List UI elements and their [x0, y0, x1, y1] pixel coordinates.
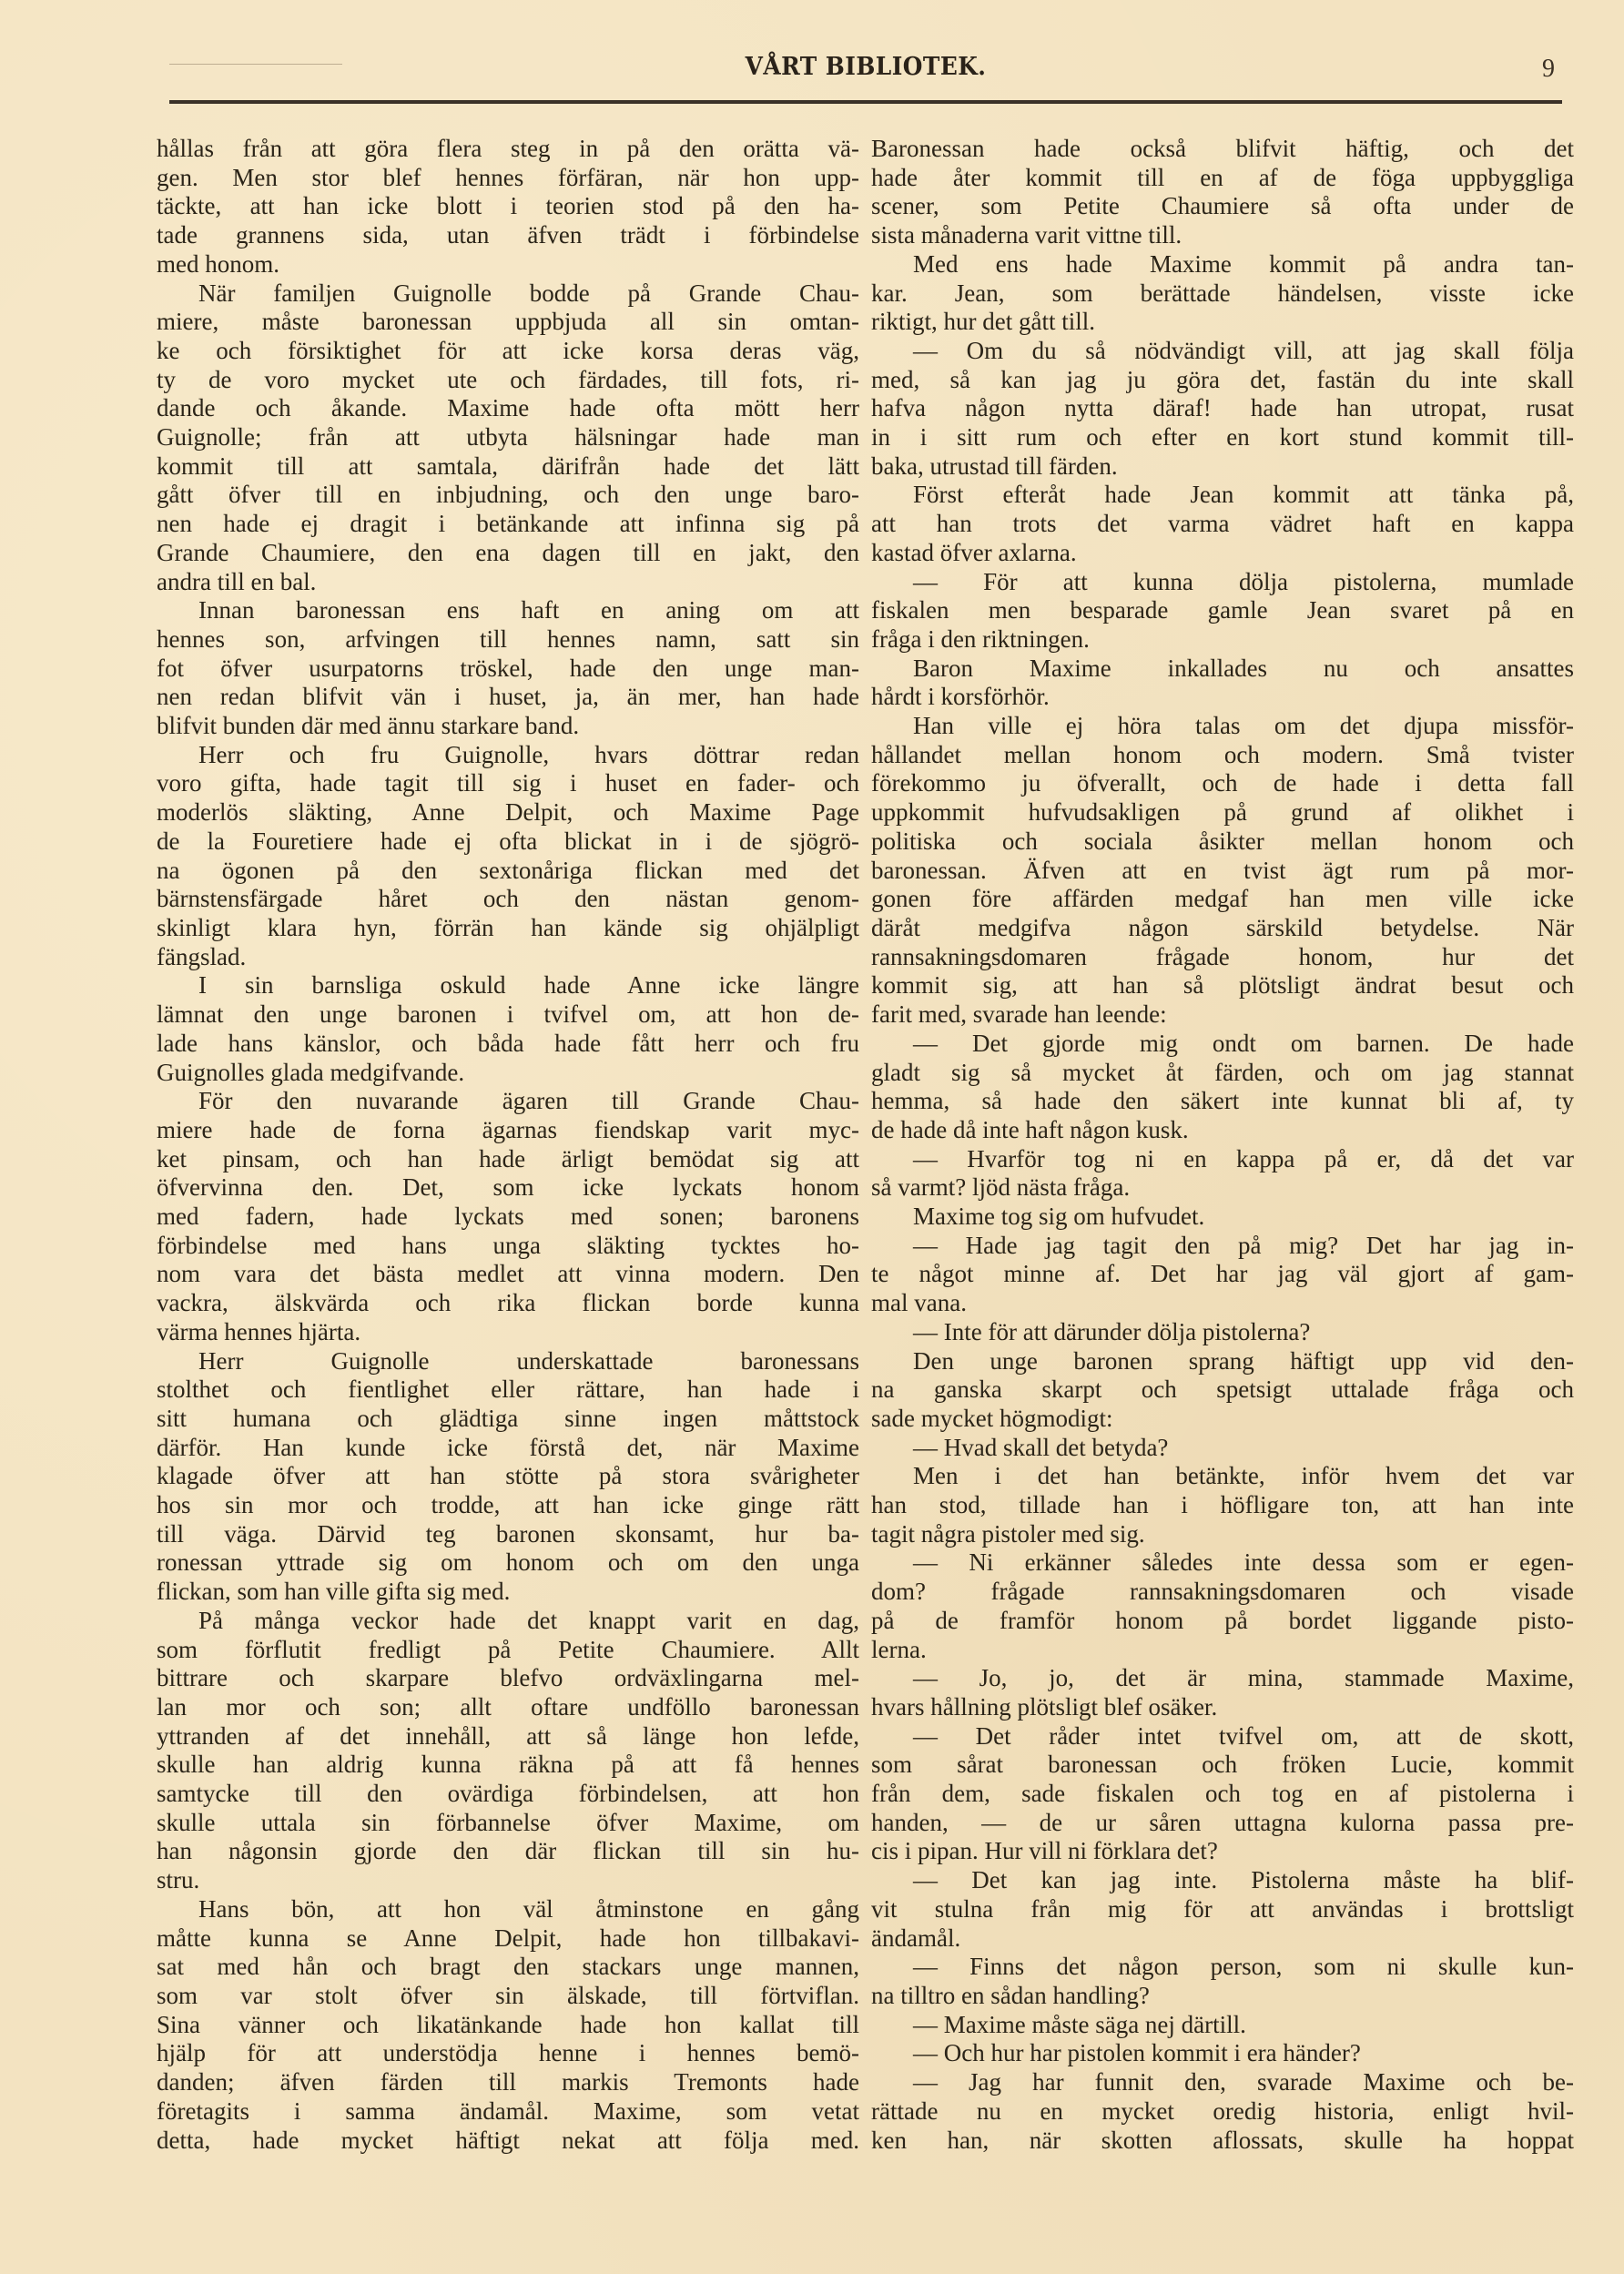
text-line: med fadern, hade lyckats med sonen; baro… [157, 1203, 859, 1232]
text-line: som förflutit fredligt på Petite Chaumie… [157, 1636, 859, 1665]
text-line: fiskalen men besparade gamle Jean svaret… [871, 596, 1574, 625]
text-line: från dem, sade fiskalen och tog en af pi… [871, 1780, 1574, 1809]
text-line: politiska och sociala åsikter mellan hon… [871, 827, 1574, 857]
text-line: baronessan. Äfven att en tvist ägt rum p… [871, 857, 1574, 886]
text-line: sista månaderna varit vittne till. [871, 221, 1574, 250]
text-line: miere, måste baronessan uppbjuda all sin… [157, 308, 859, 337]
text-line: — Hvad skall det betyda? [871, 1434, 1574, 1463]
text-line: nom vara det bästa medlet att vinna mode… [157, 1260, 859, 1289]
text-line: vackra, älskvärda och rika flickan borde… [157, 1289, 859, 1318]
text-line: skinligt klara hyn, förrän han kände sig… [157, 914, 859, 943]
text-line: I sin barnsliga oskuld hade Anne icke lä… [157, 971, 859, 1000]
text-line: Herr Guignolle underskattade baronessans [157, 1347, 859, 1376]
text-line: — För att kunna dölja pistolerna, mumlad… [871, 568, 1574, 597]
text-line: — Inte för att därunder dölja pistolerna… [871, 1318, 1574, 1347]
text-line: andra till en bal. [157, 568, 859, 597]
text-line: gen. Men stor blef hennes förfäran, när … [157, 164, 859, 193]
text-line: — Finns det någon person, som ni skulle … [871, 1953, 1574, 1982]
text-line: med honom. [157, 250, 859, 279]
right-column: Baronessan hade också blifvit häftig, oc… [871, 135, 1574, 2155]
text-line: kommit sig, att han så plötsligt ändrat … [871, 971, 1574, 1000]
left-column: hållas från att göra flera steg in på de… [157, 135, 859, 2155]
text-line: däråt medgifva någon särskild betydelse.… [871, 914, 1574, 943]
text-line: voro gifta, hade tagit till sig i huset … [157, 769, 859, 798]
text-line: gått öfver till en inbjudning, och den u… [157, 481, 859, 510]
text-line: stolthet och fientlighet eller rättare, … [157, 1376, 859, 1405]
text-line: hafva någon nytta däraf! hade han utropa… [871, 394, 1574, 423]
text-line: dande och åkande. Maxime hade ofta mött … [157, 394, 859, 423]
text-line: sitt humana och glädtiga sinne ingen måt… [157, 1405, 859, 1434]
text-line: ken han, när skotten aflossats, skulle h… [871, 2127, 1574, 2156]
header-rule [169, 100, 1562, 104]
text-line: måtte kunna se Anne Delpit, hade hon til… [157, 1924, 859, 1954]
text-line: bittrare och skarpare blefvo ordväxlinga… [157, 1664, 859, 1693]
text-line: Baron Maxime inkallades nu och ansattes [871, 655, 1574, 684]
text-line: med, så kan jag ju göra det, fastän du i… [871, 366, 1574, 395]
text-line: Hans bön, att hon väl åtminstone en gång [157, 1895, 859, 1924]
text-line: Guignolle; från att utbyta hälsningar ha… [157, 423, 859, 452]
text-line: riktigt, hur det gått till. [871, 308, 1574, 337]
text-line: så varmt? ljöd nästa fråga. [871, 1173, 1574, 1203]
magazine-page: VÅRT BIBLIOTEK. 9 hållas från att göra f… [0, 0, 1624, 2274]
text-line: sade mycket högmodigt: [871, 1405, 1574, 1434]
text-line: handen, — de ur såren uttagna kulorna pa… [871, 1809, 1574, 1838]
text-line: ändamål. [871, 1924, 1574, 1954]
text-line: hade åter kommit till en af de föga uppb… [871, 164, 1574, 193]
text-line: skulle han aldrig kunna räkna på att få … [157, 1751, 859, 1780]
page-number: 9 [1542, 55, 1555, 84]
text-line: vit stulna från mig för att användas i b… [871, 1895, 1574, 1924]
text-line: hemma, så hade den säkert inte kunnat bl… [871, 1087, 1574, 1116]
text-line: — Det gjorde mig ondt om barnen. De hade [871, 1030, 1574, 1059]
text-line: hållas från att göra flera steg in på de… [157, 135, 859, 164]
text-line: ty de voro mycket ute och färdades, till… [157, 366, 859, 395]
text-line: rättade nu en mycket oredig historia, en… [871, 2097, 1574, 2127]
text-line: hos sin mor och trodde, att han icke gin… [157, 1491, 859, 1520]
text-line: Men i det han betänkte, inför hvem det v… [871, 1462, 1574, 1491]
text-line: till väga. Därvid teg baronen skonsamt, … [157, 1520, 859, 1549]
text-line: Den unge baronen sprang häftigt upp vid … [871, 1347, 1574, 1376]
text-line: samtycke till den ovärdiga förbindelsen,… [157, 1780, 859, 1809]
running-header: VÅRT BIBLIOTEK. 9 [169, 47, 1562, 95]
text-line: blifvit bunden där med ännu starkare ban… [157, 712, 859, 741]
text-line: kastad öfver axlarna. [871, 539, 1574, 568]
text-line: företagits i samma ändamål. Maxime, som … [157, 2097, 859, 2127]
text-line: na ganska skarpt och spetsigt uttalade f… [871, 1376, 1574, 1405]
text-line: hjälp för att understödja henne i hennes… [157, 2039, 859, 2068]
text-line: Maxime tog sig om hufvudet. [871, 1203, 1574, 1232]
text-line: yttranden af det innehåll, att så länge … [157, 1722, 859, 1751]
text-line: ket pinsam, och han hade ärligt bemödat … [157, 1145, 859, 1174]
text-line: på de framför honom på bordet liggande p… [871, 1607, 1574, 1636]
text-line: täckte, att han icke blott i teorien sto… [157, 192, 859, 221]
text-line: fråga i den riktningen. [871, 625, 1574, 655]
text-line: På många veckor hade det knappt varit en… [157, 1607, 859, 1636]
text-line: — Om du så nödvändigt vill, att jag skal… [871, 337, 1574, 366]
text-line: — Maxime måste säga nej därtill. [871, 2011, 1574, 2040]
text-line: — Hade jag tagit den på mig? Det har jag… [871, 1232, 1574, 1261]
text-line: Grande Chaumiere, den ena dagen till en … [157, 539, 859, 568]
text-line: na ögonen på den sextonåriga flickan med… [157, 857, 859, 886]
text-line: hennes son, arfvingen till hennes namn, … [157, 625, 859, 655]
text-line: bärnstensfärgade håret och den nästan ge… [157, 885, 859, 914]
text-line: han någonsin gjorde den där flickan till… [157, 1837, 859, 1866]
text-line: gonen före affärden medgaf han men ville… [871, 885, 1574, 914]
text-line: danden; äfven färden till markis Tremont… [157, 2068, 859, 2097]
text-line: lerna. [871, 1636, 1574, 1665]
text-line: lan mor och son; allt oftare undföllo ba… [157, 1693, 859, 1722]
text-line: därför. Han kunde icke förstå det, när M… [157, 1434, 859, 1463]
text-line: farit med, svarade han leende: [871, 1000, 1574, 1030]
text-line: detta, hade mycket häftigt nekat att föl… [157, 2127, 859, 2156]
text-line: Baronessan hade också blifvit häftig, oc… [871, 135, 1574, 164]
text-line: de la Fouretiere hade ej ofta blickat in… [157, 827, 859, 857]
text-line: moderlös släkting, Anne Delpit, och Maxi… [157, 798, 859, 827]
text-line: kar. Jean, som berättade händelsen, viss… [871, 279, 1574, 309]
text-line: lade hans känslor, och båda hade fått he… [157, 1030, 859, 1059]
text-line: na tilltro en sådan handling? [871, 1982, 1574, 2011]
text-line: baka, utrustad till färden. [871, 452, 1574, 482]
text-line: uppkommit hufvudsakligen på grund af oli… [871, 798, 1574, 827]
text-line: fängslad. [157, 943, 859, 972]
text-line: de hade då inte haft någon kusk. [871, 1116, 1574, 1145]
text-line: skulle uttala sin förbannelse öfver Maxi… [157, 1809, 859, 1838]
publication-title: VÅRT BIBLIOTEK. [225, 53, 1507, 81]
text-line: För den nuvarande ägaren till Grande Cha… [157, 1087, 859, 1116]
text-line: — Och hur har pistolen kommit i era händ… [871, 2039, 1574, 2068]
text-line: in i sitt rum och efter en kort stund ko… [871, 423, 1574, 452]
text-line: nen redan blifvit vän i huset, ja, än me… [157, 683, 859, 712]
text-line: förbindelse med hans unga släkting tyckt… [157, 1232, 859, 1261]
text-line: öfvervinna den. Det, som icke lyckats ho… [157, 1173, 859, 1203]
text-line: hållandet mellan honom och modern. Små t… [871, 741, 1574, 770]
text-line: Guignolles glada medgifvande. [157, 1059, 859, 1088]
text-line: ronessan yttrade sig om honom och om den… [157, 1548, 859, 1578]
text-line: hårdt i korsförhör. [871, 683, 1574, 712]
text-line: tagit några pistoler med sig. [871, 1520, 1574, 1549]
text-line: — Det råder intet tvifvel om, att de sko… [871, 1722, 1574, 1751]
text-line: stru. [157, 1866, 859, 1895]
text-line: mal vana. [871, 1289, 1574, 1318]
text-line: hvars hållning plötsligt blef osäker. [871, 1693, 1574, 1722]
text-line: lämnat den unge baronen i tvifvel om, at… [157, 1000, 859, 1030]
text-line: gladt sig så mycket åt färden, och om ja… [871, 1059, 1574, 1088]
text-line: fot öfver usurpatorns tröskel, hade den … [157, 655, 859, 684]
text-line: klagade öfver att han stötte på stora sv… [157, 1462, 859, 1491]
text-line: Med ens hade Maxime kommit på andra tan- [871, 250, 1574, 279]
text-line: miere hade de forna ägarnas fiendskap va… [157, 1116, 859, 1145]
text-line: att han trots det varma vädret haft en k… [871, 510, 1574, 539]
text-line: — Det kan jag inte. Pistolerna måste ha … [871, 1866, 1574, 1895]
text-line: scener, som Petite Chaumiere så ofta und… [871, 192, 1574, 221]
text-line: som var stolt öfver sin älskade, till fö… [157, 1982, 859, 2011]
text-line: — Jag har funnit den, svarade Maxime och… [871, 2068, 1574, 2097]
text-line: värma hennes hjärta. [157, 1318, 859, 1347]
text-line: kommit till att samtala, därifrån hade d… [157, 452, 859, 482]
text-line: som sårat baronessan och fröken Lucie, k… [871, 1751, 1574, 1780]
text-line: tade grannens sida, utan äfven trädt i f… [157, 221, 859, 250]
text-line: — Ni erkänner således inte dessa som er … [871, 1548, 1574, 1578]
text-line: Sina vänner och likatänkande hade hon ka… [157, 2011, 859, 2040]
text-line: cis i pipan. Hur vill ni förklara det? [871, 1837, 1574, 1866]
text-line: Herr och fru Guignolle, hvars döttrar re… [157, 741, 859, 770]
text-line: Han ville ej höra talas om det djupa mis… [871, 712, 1574, 741]
text-line: — Jo, jo, det är mina, stammade Maxime, [871, 1664, 1574, 1693]
text-line: förekommo ju öfverallt, och de hade i de… [871, 769, 1574, 798]
text-line: — Hvarför tog ni en kappa på er, då det … [871, 1145, 1574, 1174]
text-line: När familjen Guignolle bodde på Grande C… [157, 279, 859, 309]
text-line: flickan, som han ville gifta sig med. [157, 1578, 859, 1607]
text-line: nen hade ej dragit i betänkande att infi… [157, 510, 859, 539]
text-line: sat med hån och bragt den stackars unge … [157, 1953, 859, 1982]
text-line: te något minne af. Det har jag väl gjort… [871, 1260, 1574, 1289]
text-line: Först efteråt hade Jean kommit att tänka… [871, 481, 1574, 510]
text-line: ke och försiktighet för att icke korsa d… [157, 337, 859, 366]
text-line: dom? frågade rannsakningsdomaren och vis… [871, 1578, 1574, 1607]
text-line: rannsakningsdomaren frågade honom, hur d… [871, 943, 1574, 972]
text-line: Innan baronessan ens haft en aning om at… [157, 596, 859, 625]
text-line: han stod, tillade han i höfligare ton, a… [871, 1491, 1574, 1520]
